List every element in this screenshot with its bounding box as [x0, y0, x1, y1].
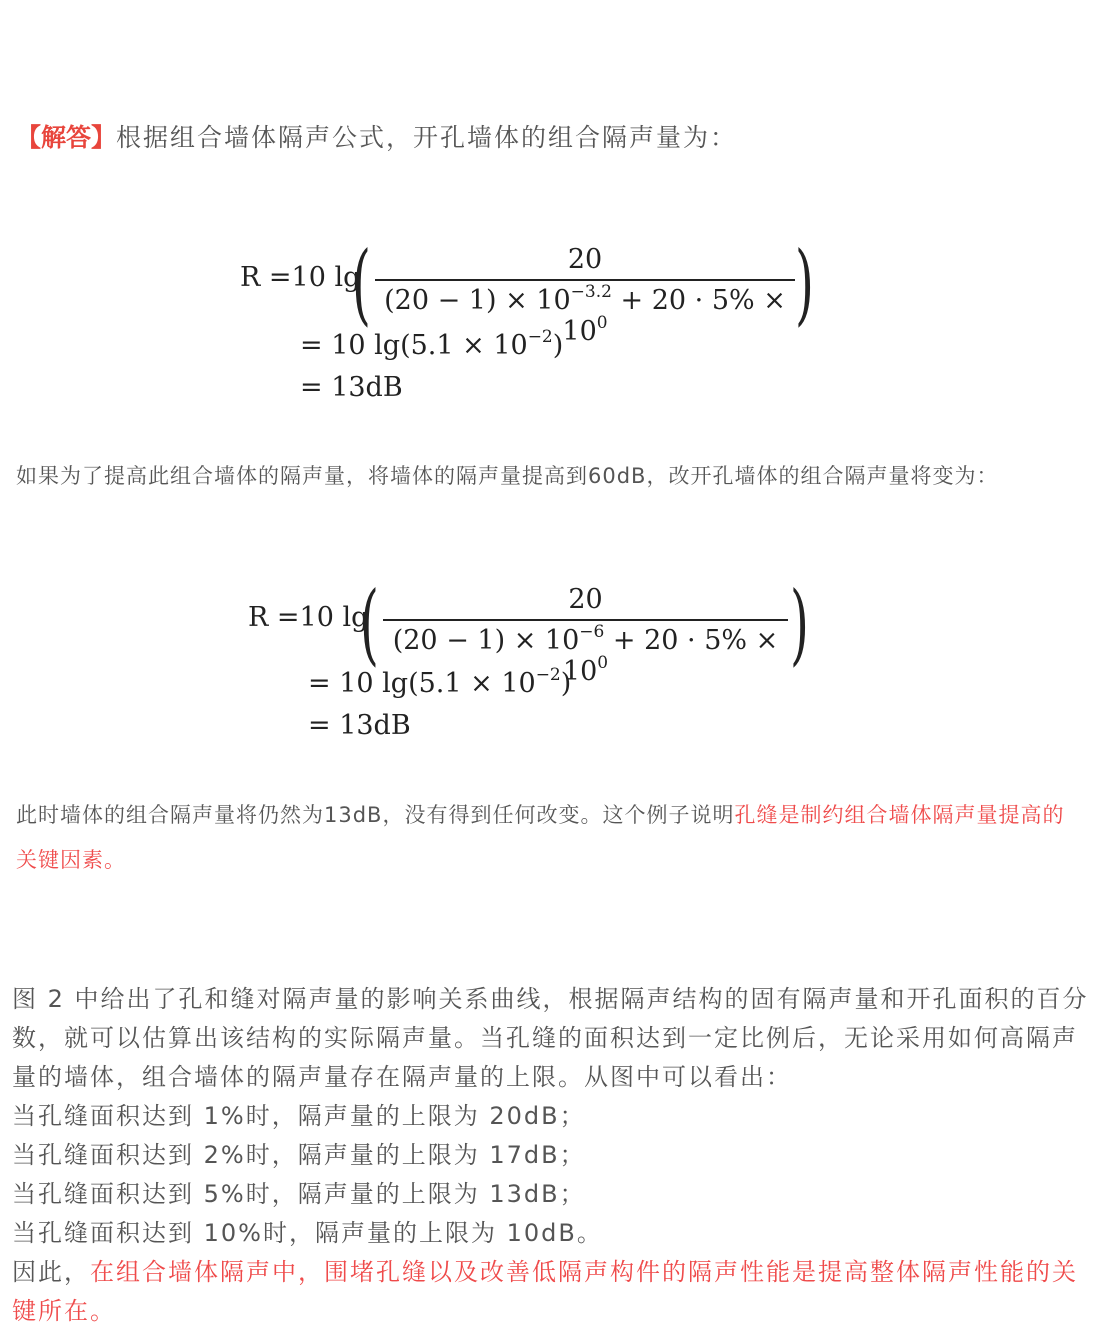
- right-paren: ): [790, 572, 809, 675]
- formula-2-result: = 13dB: [308, 710, 411, 741]
- formula-2-lhs: R =10 lg: [248, 602, 368, 633]
- fraction-bar: [383, 619, 788, 621]
- limit-item: 当孔缝面积达到 10%时，隔声量的上限为 10dB。: [12, 1214, 1092, 1253]
- formula-2: R =10 lg ( 20 (20 − 1) × 10−6 + 20 · 5% …: [0, 0, 1100, 760]
- limit-item: 当孔缝面积达到 5%时，隔声量的上限为 13dB；: [12, 1175, 1092, 1214]
- left-paren: (: [360, 572, 379, 675]
- conclusion-highlight: 在组合墙体隔声中，围堵孔缝以及改善低隔声构件的隔声性能是提高整体隔声性能的关键所…: [12, 1258, 1078, 1325]
- paragraph-2: 此时墙体的组合隔声量将仍然为13dB，没有得到任何改变。这个例子说明孔缝是制约组…: [16, 793, 1086, 883]
- limit-item: 当孔缝面积达到 1%时，隔声量的上限为 20dB；: [12, 1097, 1092, 1136]
- numerator: 20: [383, 584, 788, 615]
- paragraph-3: 图 2 中给出了孔和缝对隔声量的影响关系曲线，根据隔声结构的固有隔声量和开孔面积…: [12, 980, 1092, 1331]
- formula-2-step2: = 10 lg(5.1 × 10−2): [308, 668, 571, 699]
- limit-item: 当孔缝面积达到 2%时，隔声量的上限为 17dB；: [12, 1136, 1092, 1175]
- conclusion: 因此，在组合墙体隔声中，围堵孔缝以及改善低隔声构件的隔声性能是提高整体隔声性能的…: [12, 1253, 1092, 1331]
